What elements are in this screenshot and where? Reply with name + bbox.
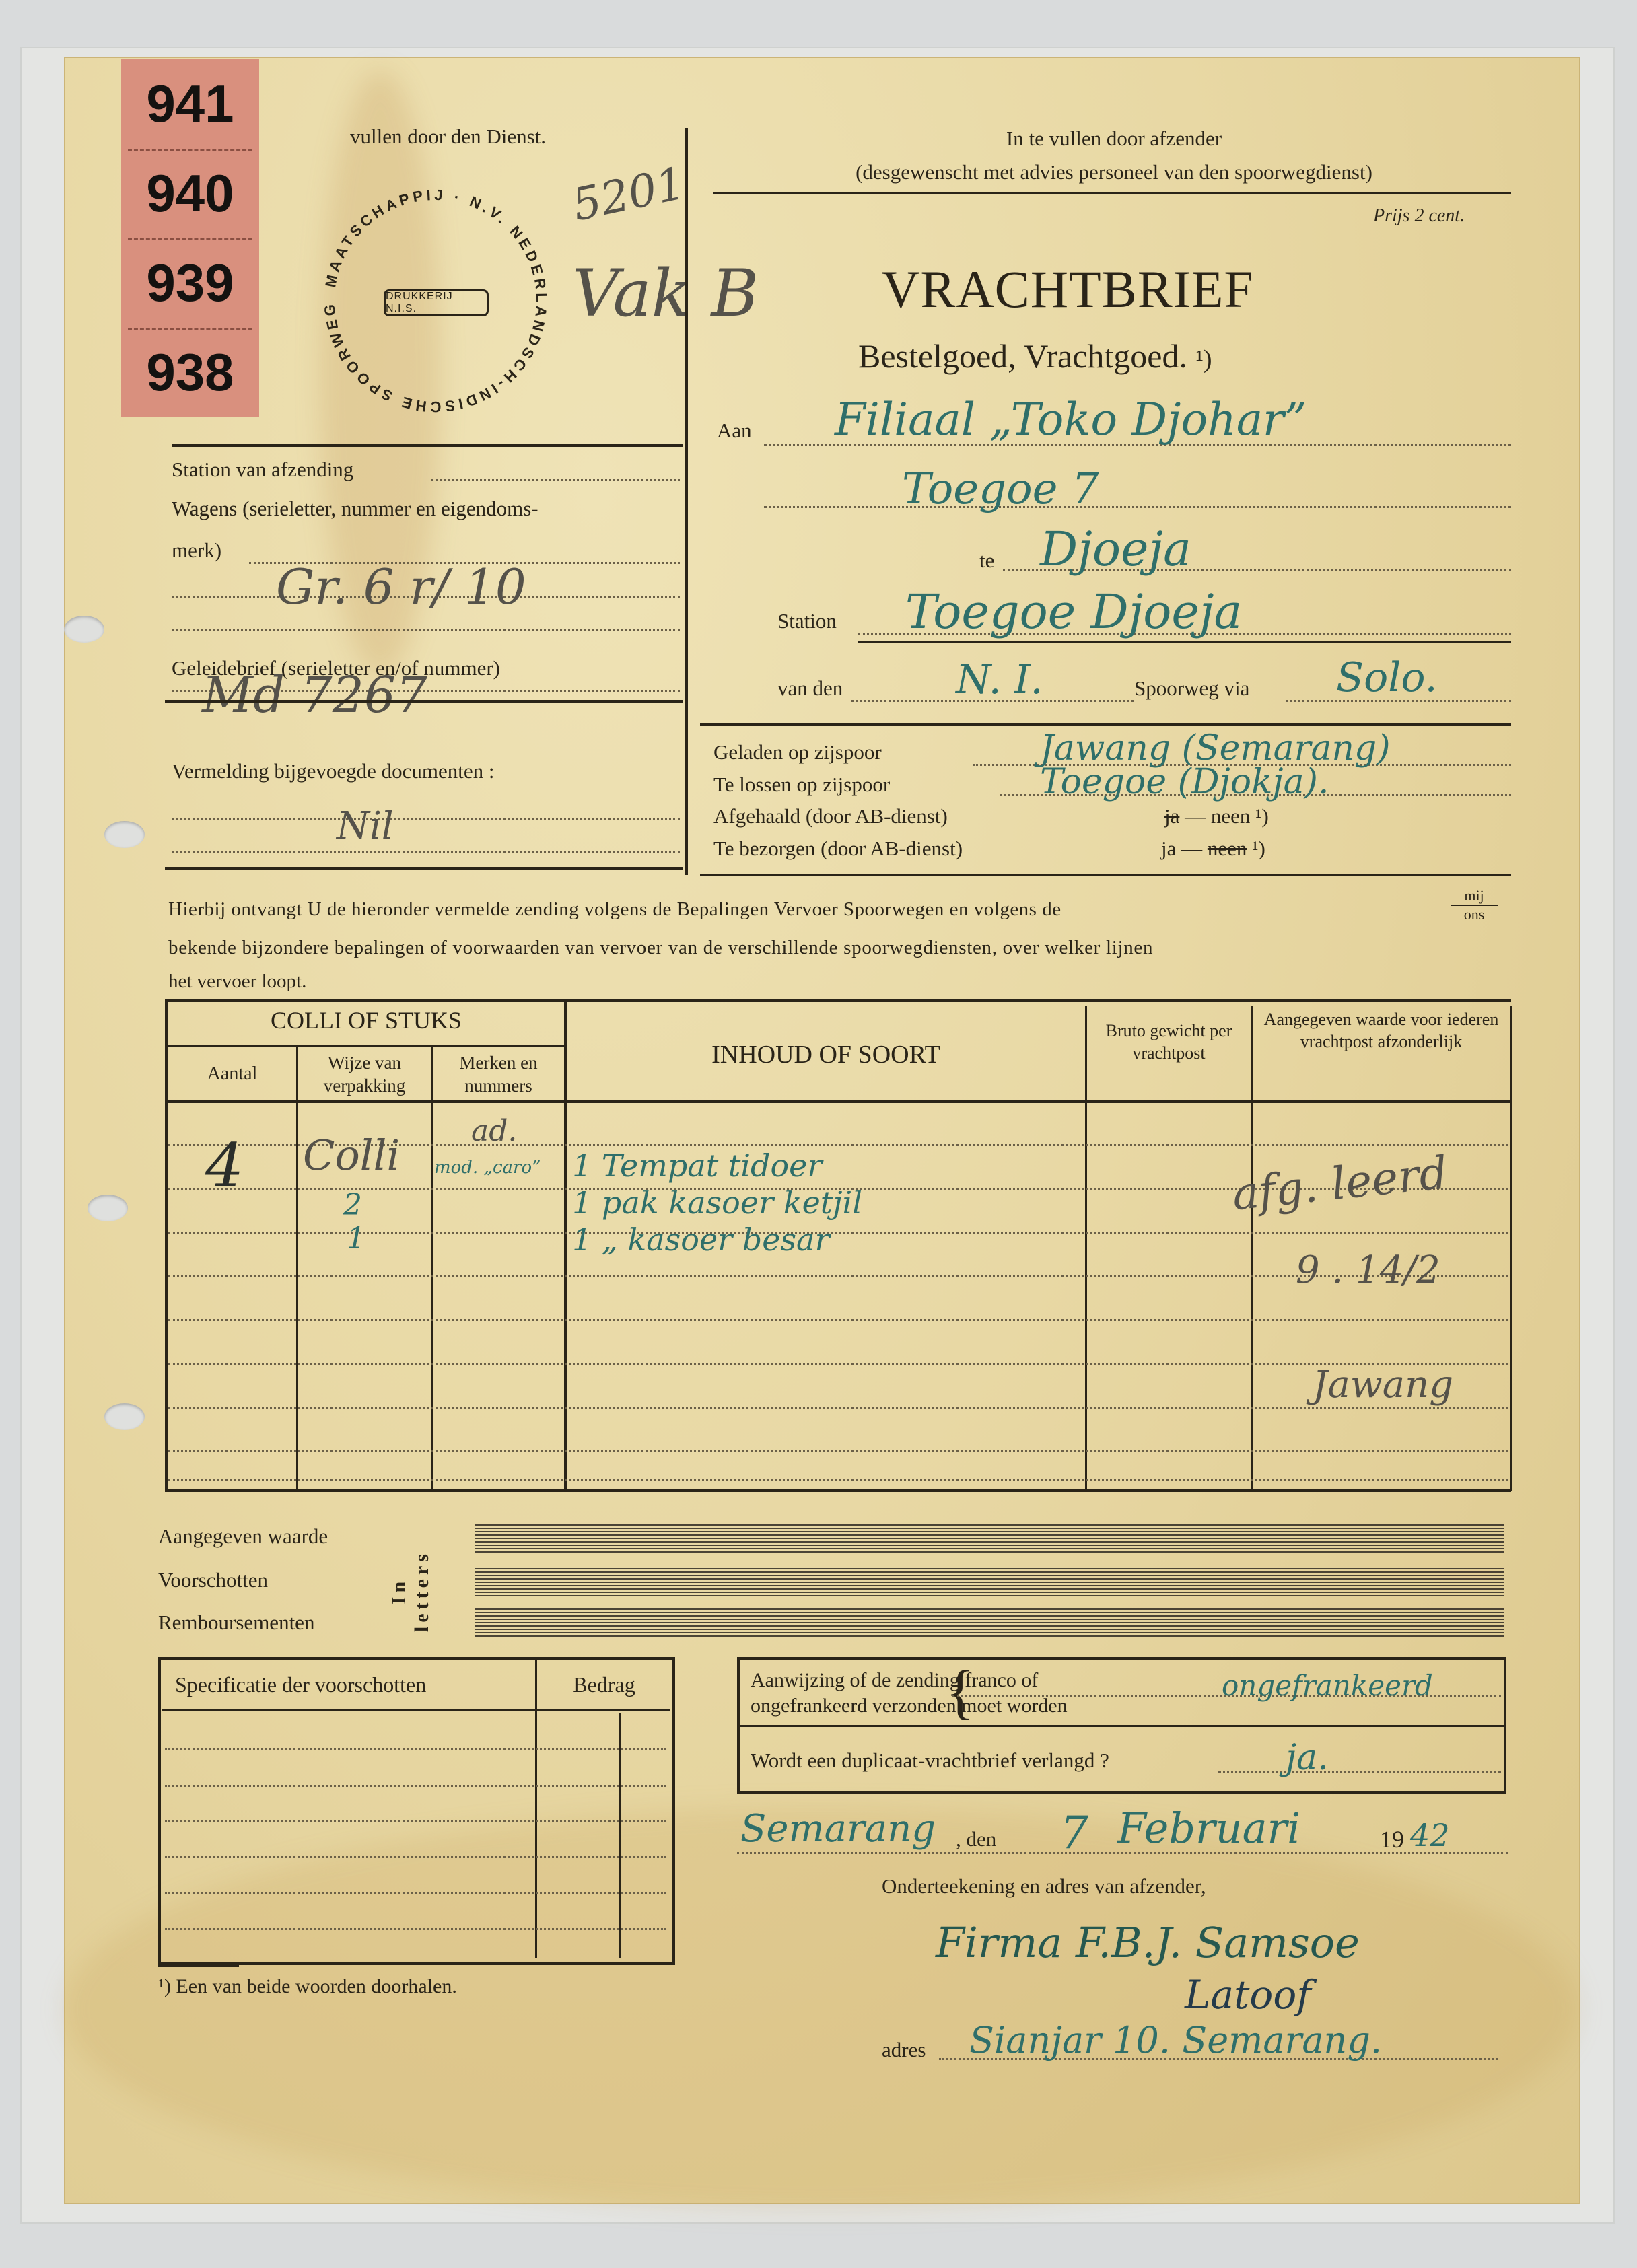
spec-amount-header: Bedrag [538, 1672, 670, 1697]
geladen-label: Geladen op zijspoor [713, 740, 882, 765]
document-title: VRACHTBRIEF [882, 259, 1254, 320]
ticket-number: 939 [121, 238, 259, 328]
handwritten-vak: Vak B [572, 256, 759, 331]
year-prefix: 19 [1380, 1825, 1404, 1853]
cell-wijze[interactable]: Colli [303, 1131, 400, 1180]
aangegeven-field[interactable] [475, 1524, 1504, 1553]
railway-stamp: MAATSCHAPPIJ · N.V. NEDERLANDSCH-INDISCH… [313, 178, 559, 424]
divider [165, 700, 683, 703]
col-wijze: Wijze van verpakking [298, 1051, 431, 1097]
ticket-number: 938 [121, 328, 259, 417]
duplicate-label: Wordt een duplicaat-vrachtbrief verlangd… [751, 1748, 1109, 1773]
table-border [431, 1047, 433, 1491]
footnote-mark: ¹) [1252, 837, 1265, 860]
col-bruto: Bruto gewicht per vrachtpost [1087, 1020, 1251, 1064]
col-aantal: Aantal [168, 1063, 296, 1085]
table-row-line [168, 1319, 1508, 1321]
divider [685, 128, 688, 875]
spec-row-line [165, 1856, 666, 1858]
signer-value[interactable]: Firma F.B.J. Samsoe [936, 1918, 1360, 1967]
bezorgen-choice: ja — neen ¹) [1161, 837, 1265, 861]
divider [165, 867, 683, 870]
stamp-center: DRUKKERIJ N.I.S. [384, 289, 489, 316]
ticket-strip: 941 940 939 938 [121, 59, 259, 417]
cell-aantal[interactable]: 4 [205, 1131, 244, 1201]
punch-hole [64, 616, 104, 643]
cell-merken-top[interactable]: ad. [471, 1114, 517, 1148]
afgehaald-ja[interactable]: ja [1164, 804, 1179, 828]
document-subtitle: Bestelgoed, Vrachtgoed. ¹) [858, 336, 1212, 376]
signature-label: Onderteekening en adres van afzender, [882, 1874, 1206, 1899]
table-bottom-border [165, 1489, 1511, 1492]
bezorgen-neen[interactable]: neen [1208, 837, 1247, 860]
footnote: ¹) Een van beide woorden doorhalen. [158, 1975, 457, 1998]
sender-fill-label: In te vullen door afzender [693, 127, 1535, 151]
divider [700, 723, 1511, 726]
table-border [296, 1047, 298, 1491]
afgehaald-label: Afgehaald (door AB-dienst) [713, 804, 948, 828]
spoorweg-value[interactable]: Solo. [1336, 654, 1438, 701]
table-header-border [165, 1100, 1511, 1103]
wagens-value[interactable]: Gr. 6 r/ 10 [276, 559, 526, 615]
col-merken: Merken en nummers [433, 1051, 564, 1097]
cell-merken[interactable]: mod. „caro” [434, 1158, 541, 1178]
franco-label-2: ongefrankeerd verzonden moet worden [751, 1693, 1068, 1719]
adres-label: adres [882, 2038, 926, 2062]
brace-icon: { [946, 1662, 975, 1723]
fraction-bottom: ons [1451, 905, 1498, 923]
sender-fill-note: (desgewenscht met advies personeel van d… [693, 160, 1535, 184]
station-afzending-label: Station van afzending [172, 458, 353, 482]
voorschotten-label: Voorschotten [158, 1568, 268, 1592]
spoorweg-label: Spoorweg via [1134, 676, 1249, 701]
afgehaald-neen[interactable]: — neen ¹) [1185, 804, 1269, 828]
spec-row-line [165, 1820, 666, 1822]
spec-row-line [165, 1928, 666, 1930]
fraction-top: mij [1451, 887, 1498, 905]
documents-line [172, 818, 680, 820]
bezorgen-label: Te bezorgen (door AB-dienst) [713, 837, 963, 861]
franco-label: Aanwijzing of de zending franco of ongef… [751, 1668, 1068, 1719]
terms-line-3: het vervoer loopt. [168, 970, 306, 993]
terms-line-1: Hierbij ontvangt U de hieronder vermelde… [168, 898, 1061, 921]
table-row-line [168, 1232, 1508, 1234]
table-row-line [168, 1407, 1508, 1409]
duplicate-line [1218, 1771, 1501, 1773]
divider [172, 444, 683, 447]
table-border [1085, 1006, 1087, 1491]
ticket-number: 941 [121, 59, 259, 149]
rembours-field[interactable] [475, 1608, 1504, 1637]
cell-inhoud-2[interactable]: 1 pak kasoer ketjil [572, 1184, 862, 1221]
cell-wijze-2[interactable]: 2 [343, 1188, 362, 1222]
service-fill-label: vullen door den Dienst. [350, 125, 546, 149]
franco-value[interactable]: ongefrankeerd [1222, 1669, 1433, 1702]
day-value[interactable]: 7 [1060, 1807, 1088, 1859]
table-border [1510, 1006, 1512, 1491]
terms-line-2: bekende bijzondere bepalingen of voorwaa… [168, 937, 1153, 959]
divider [737, 1725, 1504, 1727]
lossen-label: Te lossen op zijspoor [713, 773, 890, 797]
month-value[interactable]: Februari [1117, 1804, 1300, 1853]
te-label: te [979, 548, 994, 573]
wagens-label: Wagens (serieletter, nummer en eigendoms… [172, 497, 538, 521]
price-label: Prijs 2 cent. [1373, 205, 1465, 227]
in-letters-label: In letters [388, 1537, 433, 1645]
table-divider [168, 1045, 564, 1047]
punch-hole [104, 821, 145, 848]
geleidebrief-value[interactable]: Md 7267 [202, 666, 427, 724]
cell-inhoud-1[interactable]: 1 Tempat tidoer [572, 1147, 822, 1184]
spec-row-line [165, 1892, 666, 1894]
wagens-label-2: merk) [172, 538, 221, 563]
adres-value[interactable]: Sianjar 10. Semarang. [969, 2019, 1382, 2061]
station-value[interactable]: Toegoe Djoeja [905, 584, 1242, 639]
station-afzending-line [431, 479, 680, 481]
divider [713, 192, 1511, 194]
franco-label-1: Aanwijzing of de zending franco of [751, 1668, 1068, 1693]
vanden-label: van den [777, 676, 843, 701]
spec-box [158, 1657, 675, 1965]
lossen-value[interactable]: Toegoe (Djokja). [1040, 762, 1329, 802]
wagens-line [172, 629, 680, 631]
table-border [564, 999, 567, 1491]
spec-row-line [165, 1785, 666, 1787]
te-value[interactable]: Djoeja [1040, 522, 1191, 577]
table-border [165, 999, 168, 1491]
vanden-value[interactable]: N. I. [956, 656, 1043, 703]
col-waarde: Aangegeven waarde voor iederen vrachtpos… [1253, 1008, 1509, 1053]
spec-row-line [165, 1748, 666, 1750]
rembours-label: Remboursementen [158, 1610, 314, 1635]
ticket-number: 940 [121, 149, 259, 238]
cell-inhoud-3[interactable]: 1 „ kasoer besar [572, 1221, 829, 1258]
spec-header: Specificatie der voorschotten [175, 1672, 426, 1697]
place-value[interactable]: Semarang [740, 1807, 936, 1851]
year-value[interactable]: 42 [1410, 1817, 1450, 1853]
documents-label: Vermelding bijgevoegde documenten : [172, 759, 495, 783]
table-row-line [168, 1450, 1508, 1452]
footnote-rule [158, 1965, 239, 1967]
table-top-border [165, 999, 1511, 1002]
documents-line [172, 851, 680, 853]
punch-hole [88, 1195, 128, 1221]
punch-hole [104, 1403, 145, 1430]
cell-wijze-3[interactable]: 1 [347, 1221, 365, 1256]
afgehaald-choice: ja — neen ¹) [1164, 804, 1269, 828]
table-border [1251, 1006, 1253, 1491]
street-line [764, 506, 1511, 508]
voorschotten-field[interactable] [475, 1568, 1504, 1596]
table-row-line [168, 1363, 1508, 1365]
cell-waarde-2[interactable]: 9 . 14/2 [1296, 1248, 1440, 1292]
table-border [535, 1659, 537, 1958]
signer-2-value[interactable]: Latoof [1185, 1972, 1311, 2018]
aan-value[interactable]: Filiaal „Toko Djohar” [835, 394, 1307, 446]
terms-fraction: mij ons [1451, 887, 1498, 923]
cell-waarde-3[interactable]: Jawang [1313, 1363, 1453, 1407]
bezorgen-ja[interactable]: ja — [1161, 837, 1202, 860]
col-inhoud: INHOUD OF SOORT [567, 1040, 1085, 1069]
table-divider [162, 1709, 670, 1711]
colli-header: COLLI OF STUKS [168, 1006, 564, 1034]
documents-value[interactable]: Nil [337, 804, 394, 848]
divider [858, 641, 1511, 643]
aan-label: Aan [717, 419, 752, 443]
divider [700, 874, 1511, 876]
subtitle-text: Bestelgoed, Vrachtgoed. [858, 337, 1187, 375]
duplicate-value[interactable]: ja. [1286, 1738, 1329, 1778]
den-label: , den [956, 1827, 996, 1851]
footnote-mark: ¹) [1196, 345, 1212, 374]
station-label: Station [777, 609, 837, 633]
street-value[interactable]: Toegoe 7 [902, 464, 1099, 514]
aangegeven-label: Aangegeven waarde [158, 1524, 328, 1549]
table-row-line [168, 1479, 1508, 1481]
